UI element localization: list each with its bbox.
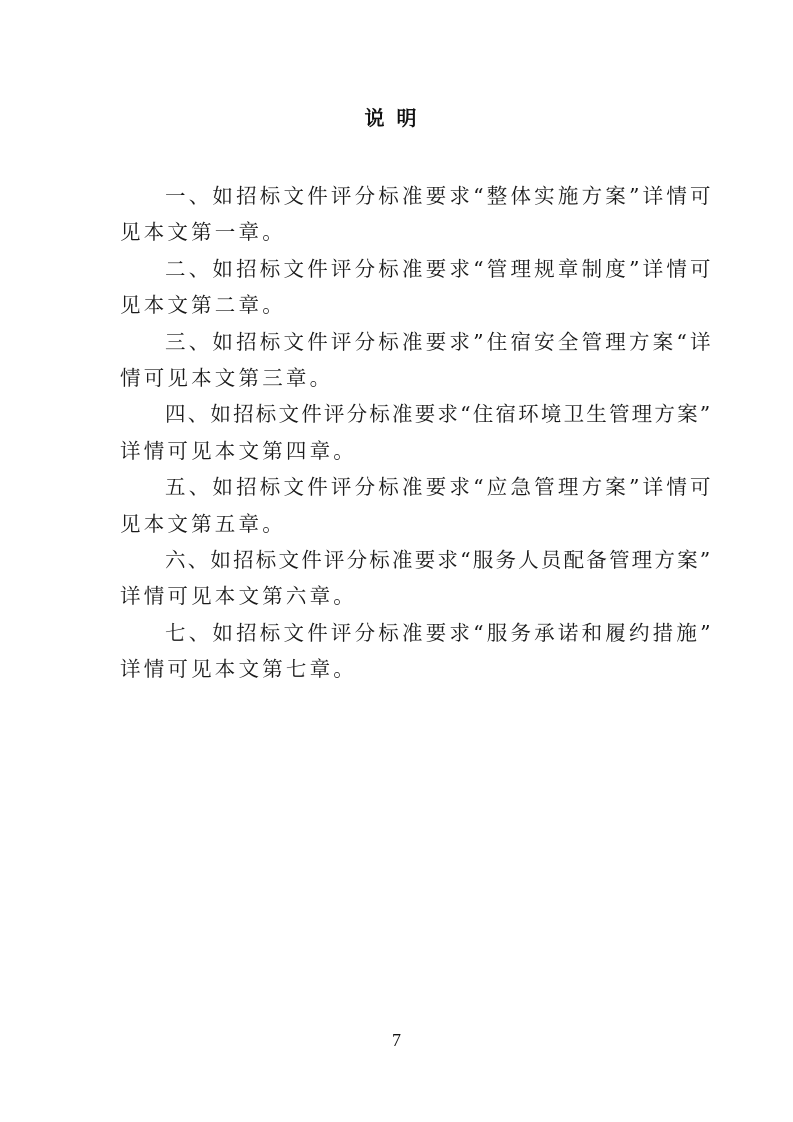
paragraph-line: 六、如招标文件评分标准要求“服务人员配备管理方案” <box>120 542 676 578</box>
paragraph-7: 七、如招标文件评分标准要求“服务承诺和履约措施” 详情可见本文第七章。 <box>120 615 676 688</box>
paragraph-line: 七、如招标文件评分标准要求“服务承诺和履约措施” <box>120 615 676 651</box>
paragraph-2: 二、如招标文件评分标准要求“管理规章制度”详情可 见本文第二章。 <box>120 251 676 324</box>
paragraph-line: 详情可见本文第四章。 <box>120 433 676 469</box>
paragraph-line: 五、如招标文件评分标准要求“应急管理方案”详情可 <box>120 469 676 505</box>
paragraph-line: 详情可见本文第六章。 <box>120 578 676 614</box>
paragraph-line: 情可见本文第三章。 <box>120 360 676 396</box>
paragraph-4: 四、如招标文件评分标准要求“住宿环境卫生管理方案” 详情可见本文第四章。 <box>120 396 676 469</box>
paragraph-line: 四、如招标文件评分标准要求“住宿环境卫生管理方案” <box>120 396 676 432</box>
paragraph-line: 见本文第五章。 <box>120 506 676 542</box>
paragraph-line: 见本文第二章。 <box>120 287 676 323</box>
document-body: 一、如招标文件评分标准要求“整体实施方案”详情可 见本文第一章。 二、如招标文件… <box>120 178 676 688</box>
page-number: 7 <box>0 1030 793 1051</box>
paragraph-line: 详情可见本文第七章。 <box>120 651 676 687</box>
document-page: 说明 一、如招标文件评分标准要求“整体实施方案”详情可 见本文第一章。 二、如招… <box>0 0 793 1122</box>
paragraph-line: 见本文第一章。 <box>120 214 676 250</box>
paragraph-5: 五、如招标文件评分标准要求“应急管理方案”详情可 见本文第五章。 <box>120 469 676 542</box>
paragraph-line: 一、如招标文件评分标准要求“整体实施方案”详情可 <box>120 178 676 214</box>
paragraph-line: 三、如招标文件评分标准要求”住宿安全管理方案“详 <box>120 324 676 360</box>
paragraph-3: 三、如招标文件评分标准要求”住宿安全管理方案“详 情可见本文第三章。 <box>120 324 676 397</box>
paragraph-1: 一、如招标文件评分标准要求“整体实施方案”详情可 见本文第一章。 <box>120 178 676 251</box>
page-title: 说明 <box>0 104 793 132</box>
paragraph-line: 二、如招标文件评分标准要求“管理规章制度”详情可 <box>120 251 676 287</box>
paragraph-6: 六、如招标文件评分标准要求“服务人员配备管理方案” 详情可见本文第六章。 <box>120 542 676 615</box>
